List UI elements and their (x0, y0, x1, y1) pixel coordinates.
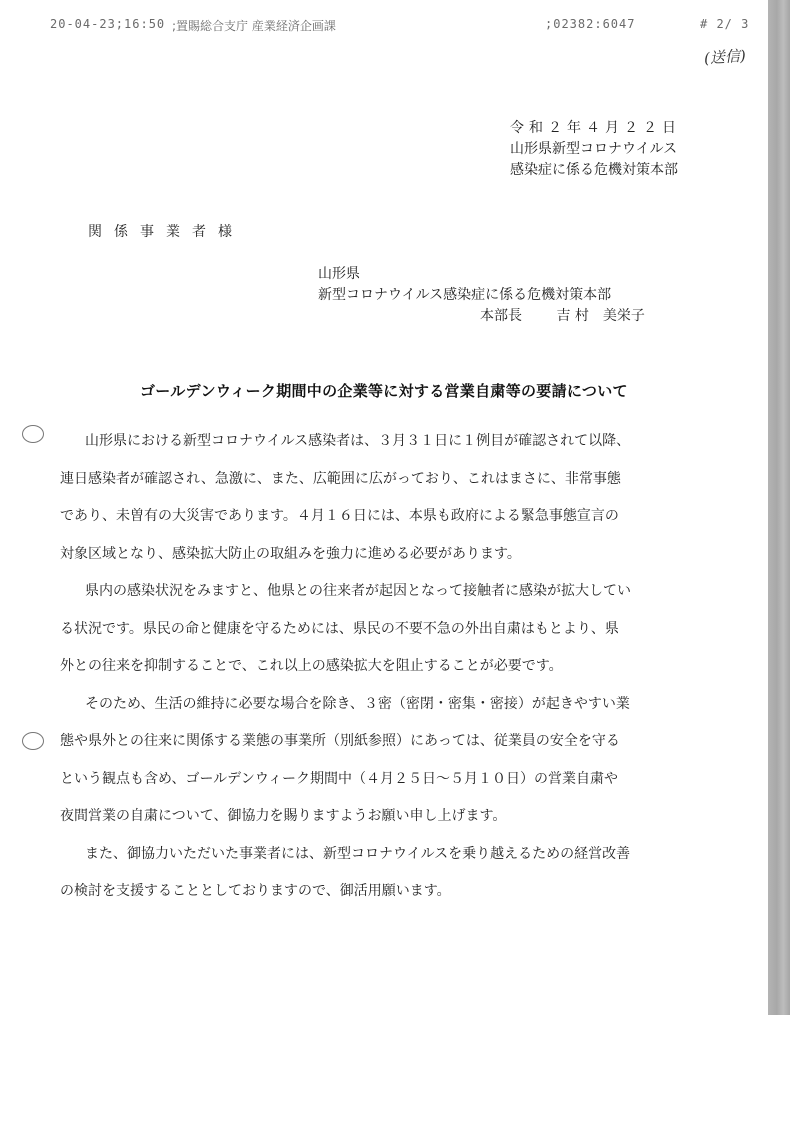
paragraph: そのため、生活の維持に必要な場合を除き、３密（密閉・密集・密接）が起きやすい業 … (60, 686, 720, 836)
body-line: 連日感染者が確認され、急激に、また、広範囲に広がっており、これはまさに、非常事態 (60, 461, 720, 499)
body-line: そのため、生活の維持に必要な場合を除き、３密（密閉・密集・密接）が起きやすい業 (60, 686, 720, 724)
signatory-role: 本部長 (480, 306, 522, 327)
document-subject: ゴールデンウィーク期間中の企業等に対する営業自粛等の要請について (140, 380, 628, 401)
body-line: 態や県外との往来に関係する業態の事業所（別紙参照）にあっては、従業員の安全を守る (60, 723, 720, 761)
scan-edge-margin (790, 0, 800, 1130)
body-line: 夜間営業の自粛について、御協力を賜りますようお願い申し上げます。 (60, 798, 720, 836)
fax-page-number: # 2/ 3 (700, 17, 749, 31)
handwritten-note: (送信) (703, 45, 746, 69)
paragraph: また、御協力いただいた事業者には、新型コロナウイルスを乗り越えるための経営改善 … (60, 836, 720, 911)
body-line: また、御協力いただいた事業者には、新型コロナウイルスを乗り越えるための経営改善 (60, 836, 720, 874)
body-line: 外との往来を抑制することで、これ以上の感染拡大を阻止することが必要です。 (60, 648, 720, 686)
from-prefecture: 山形県 (318, 264, 645, 285)
body-line: であり、未曽有の大災害であります。４月１６日には、本県も政府による緊急事態宣言の (60, 498, 720, 536)
signatory: 本部長 吉 村 美栄子 (318, 306, 645, 327)
scan-edge-shadow (768, 0, 790, 1015)
fax-sender-office: ;置賜総合支庁 産業経済企画課 (172, 17, 336, 34)
from-organization: 新型コロナウイルス感染症に係る危機対策本部 (318, 285, 645, 306)
document-date: 令和２年４月２２日 (510, 118, 681, 139)
punch-hole-icon (22, 732, 44, 750)
issuer-line: 感染症に係る危機対策本部 (510, 160, 681, 181)
body-line: という観点も含め、ゴールデンウィーク期間中（４月２５日～５月１０日）の営業自粛や (60, 761, 720, 799)
paragraph: 山形県における新型コロナウイルス感染者は、３月３１日に１例目が確認されて以降、 … (60, 423, 720, 573)
punch-hole-icon (22, 425, 44, 443)
issuer-block: 令和２年４月２２日 山形県新型コロナウイルス 感染症に係る危機対策本部 (510, 118, 681, 181)
fax-timestamp: 20-04-23;16:50 (50, 17, 165, 31)
paragraph: 県内の感染状況をみますと、他県との往来者が起因となって接触者に感染が拡大してい … (60, 573, 720, 686)
from-block: 山形県 新型コロナウイルス感染症に係る危機対策本部 本部長 吉 村 美栄子 (318, 264, 645, 327)
body-line: 山形県における新型コロナウイルス感染者は、３月３１日に１例目が確認されて以降、 (60, 423, 720, 461)
body-line: の検討を支援することとしておりますので、御活用願います。 (60, 873, 720, 911)
recipient: 関係事業者様 (88, 221, 244, 241)
issuer-line: 山形県新型コロナウイルス (510, 139, 681, 160)
signatory-name: 吉 村 美栄子 (556, 306, 644, 327)
body-line: 対象区域となり、感染拡大防止の取組みを強力に進める必要があります。 (60, 536, 720, 574)
body-line: る状況です。県民の命と健康を守るためには、県民の不要不急の外出自粛はもとより、県 (60, 611, 720, 649)
fax-number: ;02382:6047 (545, 17, 635, 31)
body-line: 県内の感染状況をみますと、他県との往来者が起因となって接触者に感染が拡大してい (60, 573, 720, 611)
document-body: 山形県における新型コロナウイルス感染者は、３月３１日に１例目が確認されて以降、 … (60, 423, 720, 911)
